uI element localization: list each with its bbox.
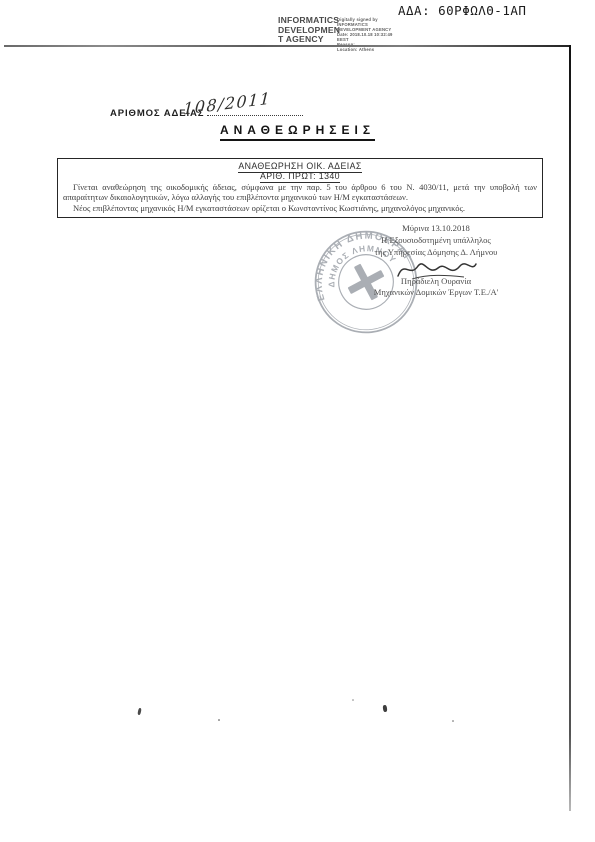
revision-paragraph-2: Νέος επιβλέποντας μηχανικός Η/Μ εγκαταστ…	[63, 204, 537, 214]
photocopy-top-edge-line	[4, 45, 571, 47]
ada-code: ΑΔΑ: 60ΡΦΩΛΘ-1ΑΠ	[398, 3, 588, 18]
scan-speck	[352, 699, 354, 701]
authorized-service-line: της Υπηρεσίας Δόμησης Δ. Λήμνου	[330, 247, 542, 258]
photocopy-right-edge-line	[569, 45, 571, 811]
revision-box: ΑΝΑΘΕΩΡΗΣΗ ΟΙΚ. ΑΔΕΙΑΣ ΑΡΙΘ. ΠΡΩΤ: 1340 …	[57, 158, 543, 218]
page-title: ΑΝΑΘΕΩΡΗΣΕΙΣ	[0, 123, 595, 137]
protocol-number-heading: ΑΡΙΘ. ΠΡΩΤ: 1340	[63, 171, 537, 181]
informatics-agency-label: INFORMATICS DEVELOPMEN T AGENCY	[278, 16, 338, 45]
place-and-date: Μύρινα 13.10.2018	[330, 223, 542, 234]
signature-detail-line: Location: Athens	[337, 47, 423, 52]
revision-paragraph-1: Γίνεται αναθεώρηση της οικοδομικής άδεια…	[63, 183, 537, 203]
official-title: Μηχανικών Δομικών Έργων Τ.Ε./Α'	[330, 287, 542, 298]
scanned-document-page: ΑΔΑ: 60ΡΦΩΛΘ-1ΑΠ INFORMATICS DEVELOPMEN …	[0, 0, 595, 842]
scan-speck	[452, 720, 454, 722]
revision-box-heading: ΑΝΑΘΕΩΡΗΣΗ ΟΙΚ. ΑΔΕΙΑΣ	[63, 161, 537, 171]
scan-speck	[137, 708, 141, 715]
agency-line: T AGENCY	[278, 35, 338, 45]
signature-block: Μύρινα 13.10.2018 Η Εξουσιοδοτημένη υπάλ…	[330, 223, 542, 298]
authorized-official-line: Η Εξουσιοδοτημένη υπάλληλος	[330, 235, 542, 246]
scan-speck	[383, 705, 388, 712]
official-name: Πηράδιελη Ουρανία	[330, 276, 542, 287]
scan-speck	[218, 719, 220, 721]
